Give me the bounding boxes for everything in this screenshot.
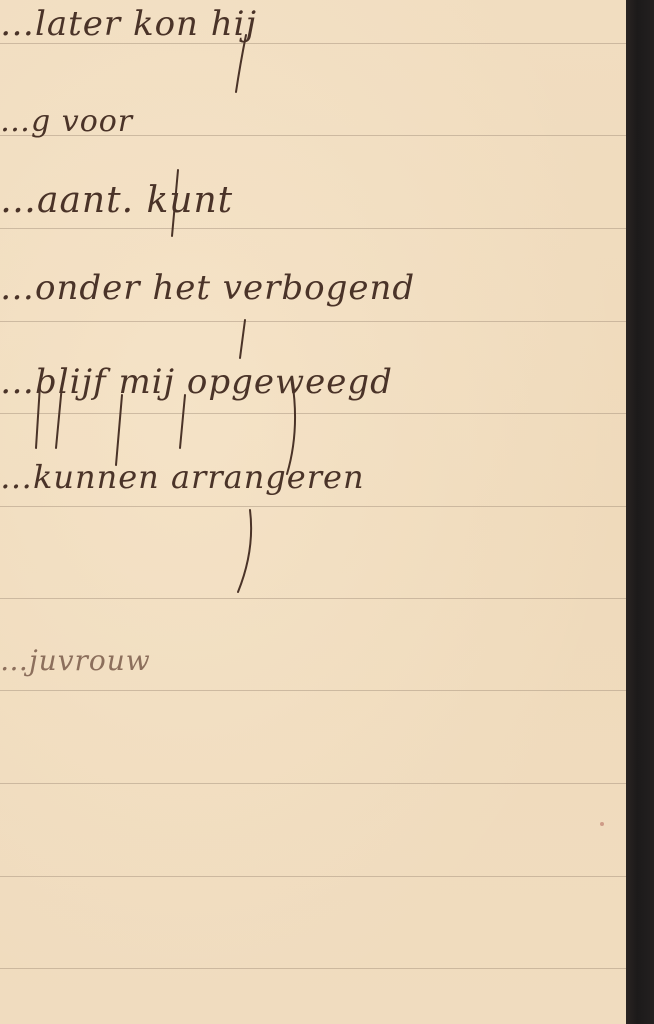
binding-edge [626,0,654,1024]
ink-spot [600,822,604,826]
descender-strokes [0,0,626,1024]
letter-page: …later kon hij …g voor …aant. kunt …onde… [0,0,626,1024]
